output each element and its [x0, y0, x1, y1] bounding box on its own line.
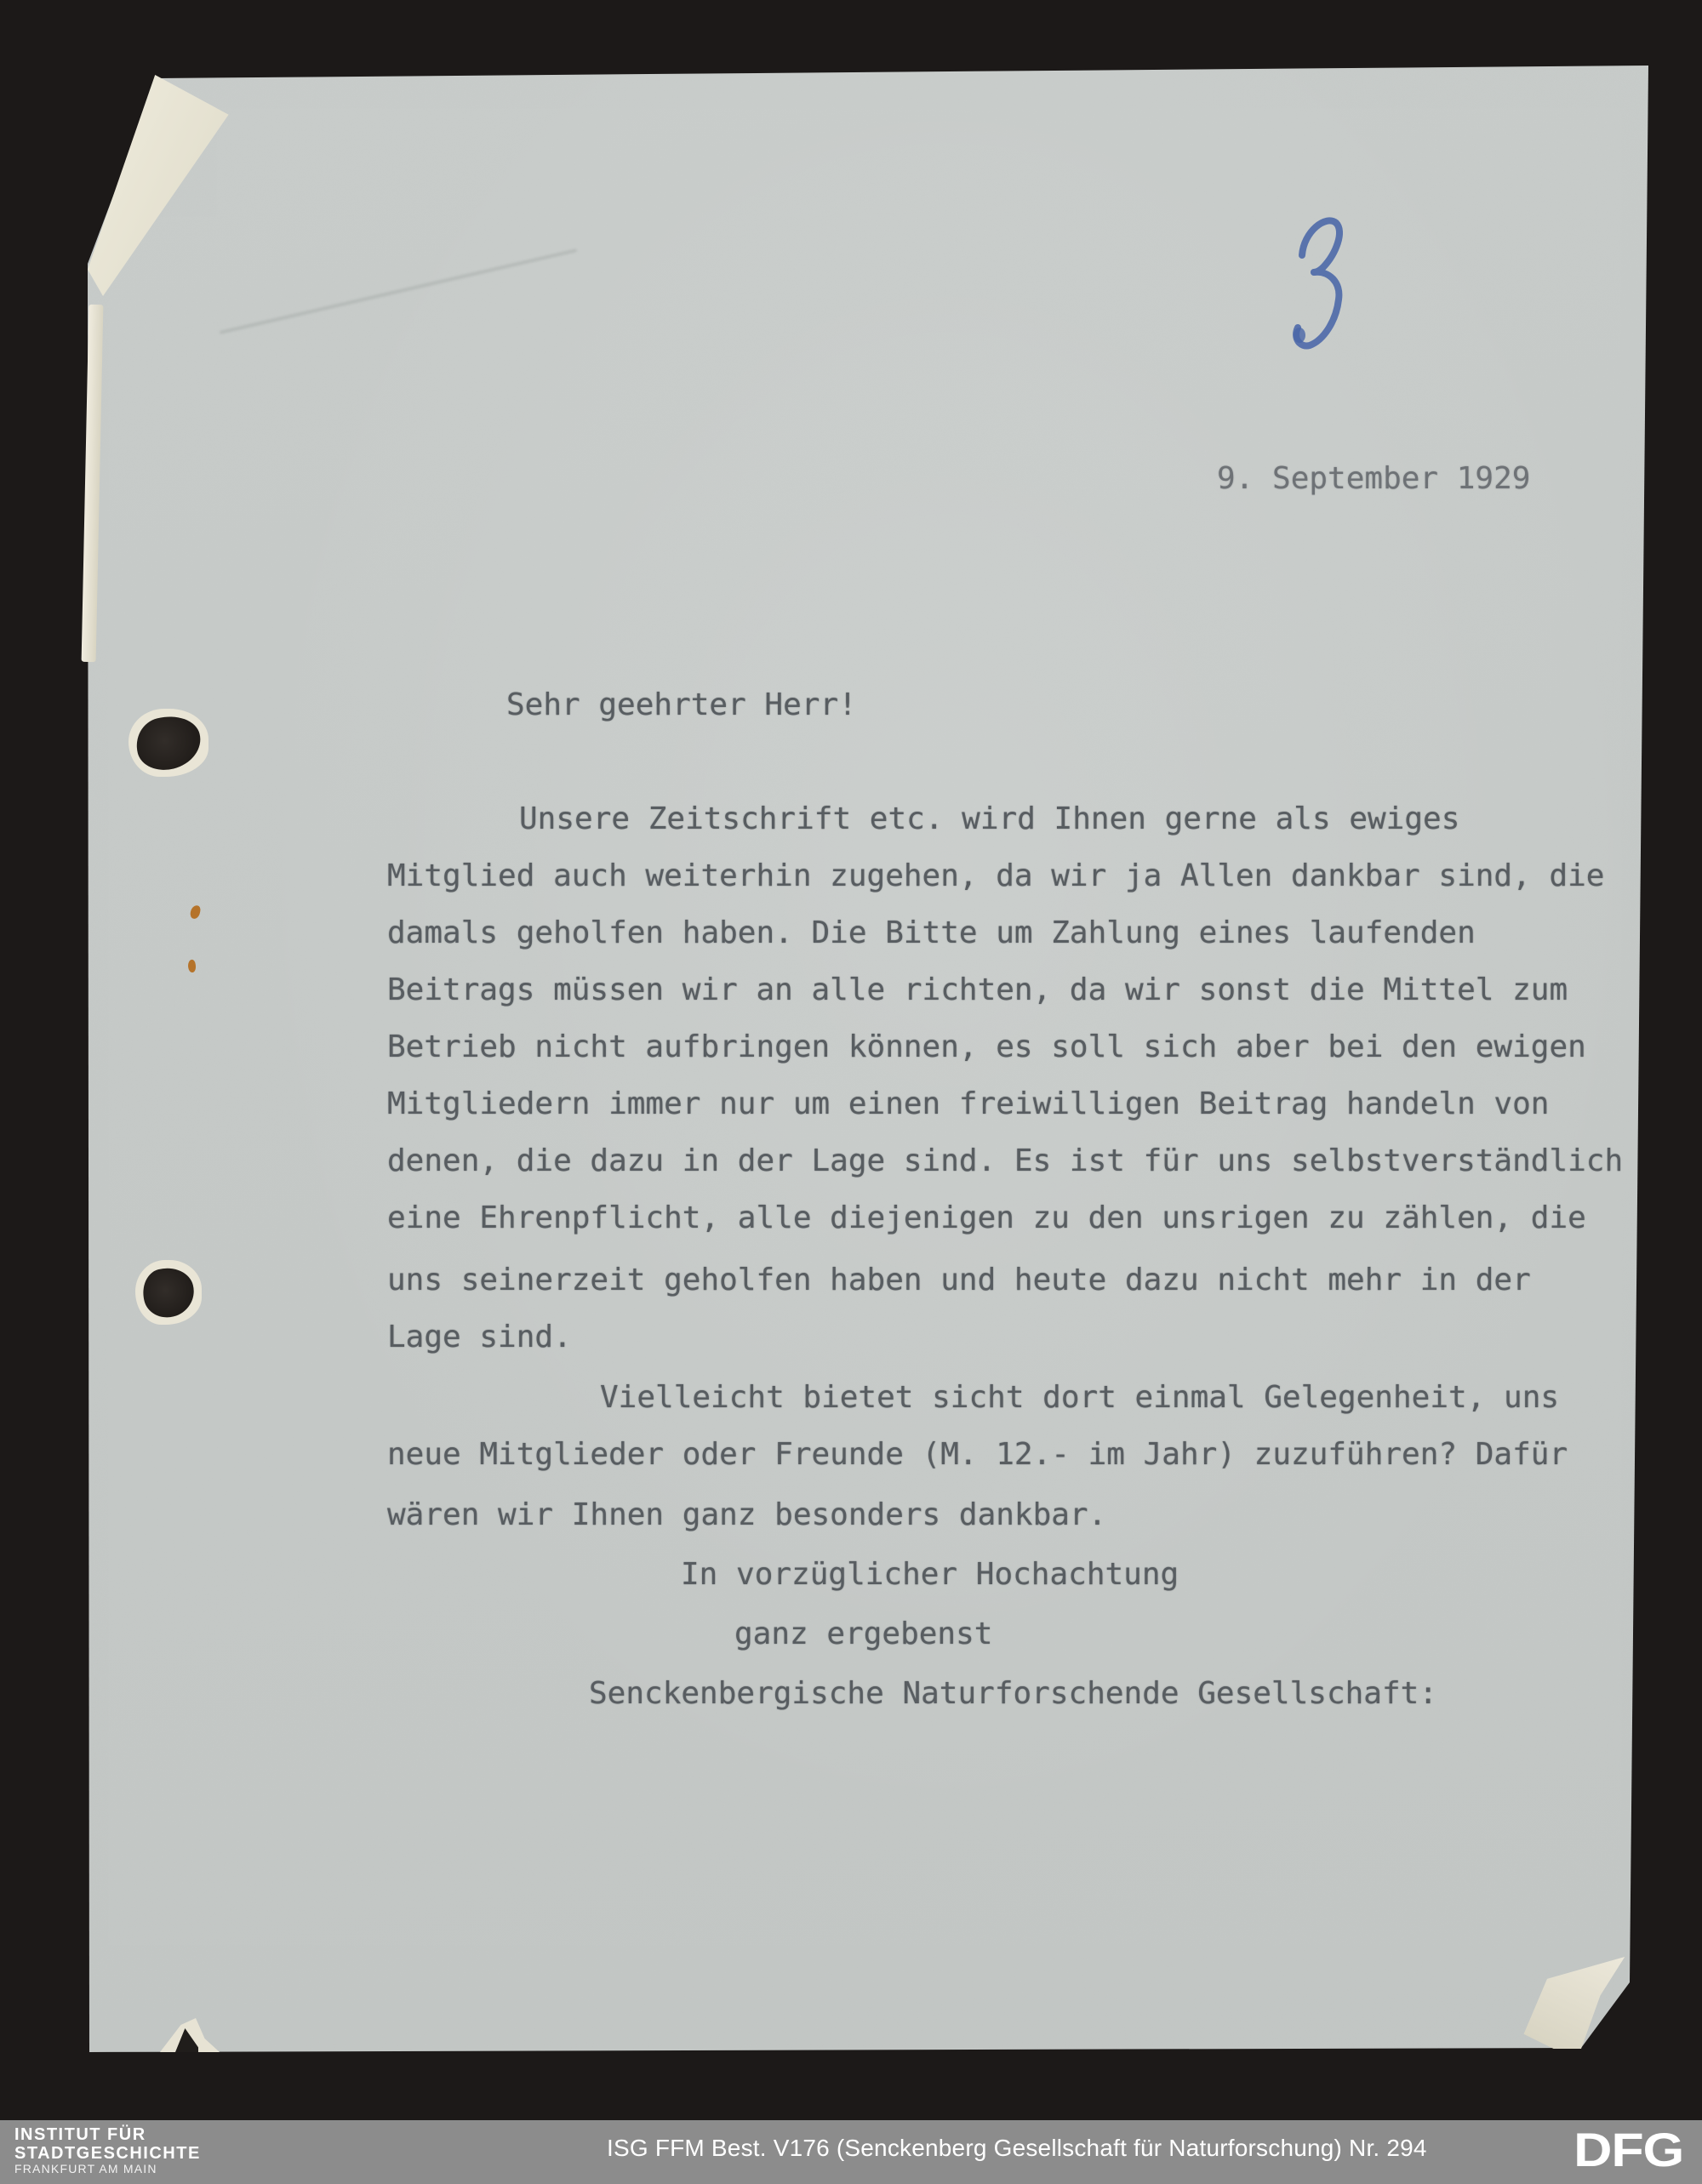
letter-line: Betrieb nicht aufbringen können, es soll… — [387, 1032, 1586, 1063]
letter-closing: ganz ergebenst — [734, 1619, 992, 1650]
letter-date: 9. September 1929 — [1217, 464, 1530, 494]
letter-line: Unsere Zeitschrift etc. wird Ihnen gerne… — [519, 804, 1459, 835]
letter-line: wären wir Ihnen ganz besonders dankbar. — [387, 1500, 1106, 1531]
archive-footer-bar: INSTITUT FÜR STADTGESCHICHTE FRANKFURT A… — [0, 2120, 1702, 2184]
letter-salutation: Sehr geehrter Herr! — [506, 690, 857, 721]
letter-closing: In vorzüglicher Hochachtung — [681, 1560, 1179, 1590]
letter-line: Beitrags müssen wir an alle richten, da … — [387, 975, 1568, 1006]
letter-line: Lage sind. — [387, 1322, 572, 1353]
letter-line: uns seinerzeit geholfen haben und heute … — [387, 1265, 1531, 1296]
punch-hole-top — [136, 716, 201, 769]
letter-line: Mitglied auch weiterhin zugehen, da wir … — [387, 861, 1604, 892]
letter-line: neue Mitglieder oder Freunde (M. 12.- im… — [387, 1440, 1568, 1470]
letter-line: damals geholfen haben. Die Bitte um Zahl… — [387, 918, 1476, 949]
dfg-logo: DFG — [1573, 2122, 1683, 2177]
letter-signature-org: Senckenbergische Naturforschende Gesells… — [589, 1679, 1437, 1709]
archive-reference: ISG FFM Best. V176 (Senckenberg Gesellsc… — [607, 2135, 1427, 2162]
letter-line: eine Ehrenpflicht, alle diejenigen zu de… — [387, 1203, 1586, 1234]
letter-line: Mitgliedern immer nur um einen freiwilli… — [387, 1089, 1549, 1120]
letter-line: denen, die dazu in der Lage sind. Es ist… — [387, 1146, 1623, 1177]
handwritten-page-number-3-icon — [1285, 209, 1363, 373]
isg-logo-line3: FRANKFURT AM MAIN — [14, 2163, 201, 2175]
scanned-document-page: 9. September 1929 Sehr geehrter Herr! Un… — [0, 0, 1702, 2184]
isg-logo-line1: INSTITUT FÜR — [14, 2126, 201, 2145]
letter-line: Vielleicht bietet sicht dort einmal Gele… — [600, 1383, 1559, 1413]
isg-logo-line2: STADTGESCHICHTE — [14, 2145, 201, 2164]
punch-hole-bottom — [143, 1268, 194, 1317]
isg-institute-logo: INSTITUT FÜR STADTGESCHICHTE FRANKFURT A… — [14, 2126, 201, 2175]
